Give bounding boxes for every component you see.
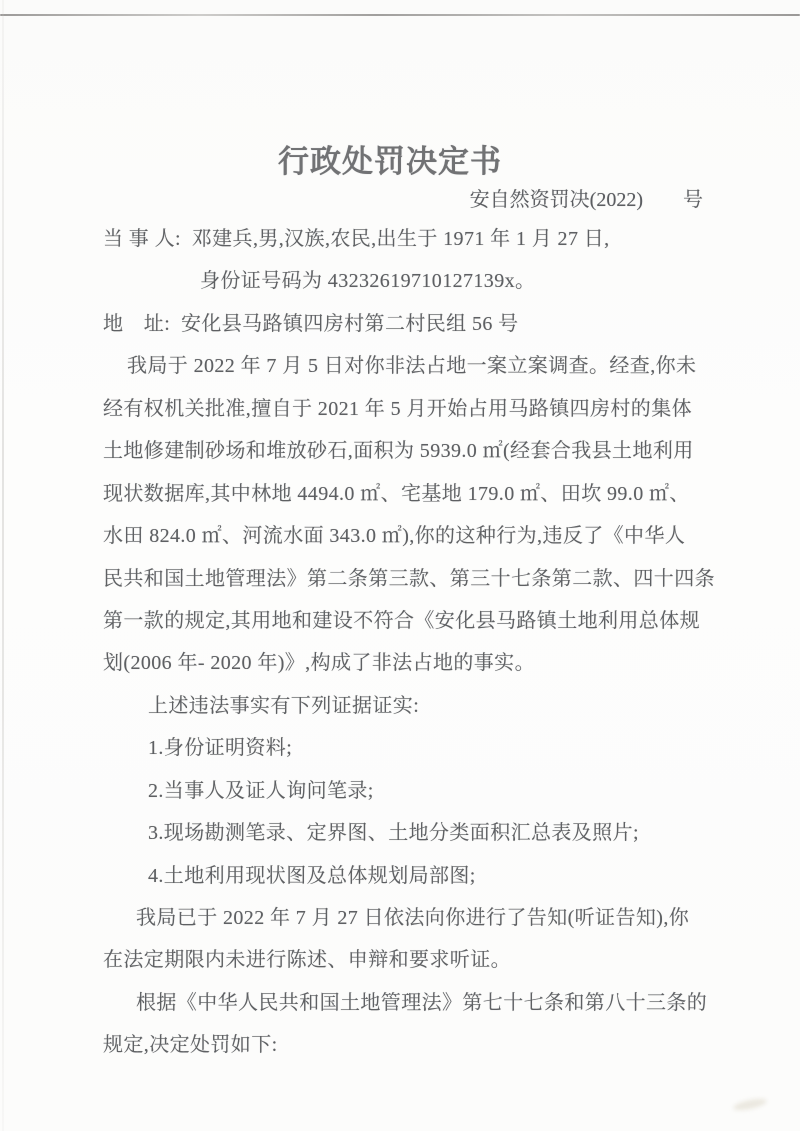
evidence-item-4: 4.土地利用现状图及总体规划局部图; [103, 864, 705, 906]
document-body: 当 事 人: 邓建兵,男,汉族,农民,出生于 1971 年 1 月 27 日, … [103, 227, 705, 1076]
party-line: 当 事 人: 邓建兵,男,汉族,农民,出生于 1971 年 1 月 27 日, [103, 227, 705, 269]
body-line: 现状数据库,其中林地 4494.0 ㎡、宅基地 179.0 ㎡、田坎 99.0 … [103, 482, 705, 524]
body-line: 第一款的规定,其用地和建设不符合《安化县马路镇土地利用总体规 [103, 609, 705, 651]
body-line: 民共和国土地管理法》第二条第三款、第三十七条第二款、四十四条 [103, 567, 705, 609]
document-title: 行政处罚决定书 [0, 136, 780, 181]
id-number-line: 身份证号码为 43232619710127139x。 [103, 269, 705, 311]
body-line: 土地修建制砂场和堆放砂石,面积为 5939.0 ㎡(经套合我县土地利用 [103, 439, 705, 481]
evidence-item-1: 1.身份证明资料; [103, 736, 705, 778]
body-line: 我局已于 2022 年 7 月 27 日依法向你进行了告知(听证告知),你 [103, 906, 705, 948]
document-number: 安自然资罚决(2022) 号 [470, 183, 703, 212]
decision-intro-line: 规定,决定处罚如下: [103, 1033, 705, 1075]
address-line: 地 址: 安化县马路镇四房村第二村民组 56 号 [103, 312, 705, 354]
body-line: 在法定期限内未进行陈述、申辩和要求听证。 [103, 948, 705, 990]
evidence-item-2: 2.当事人及证人询问笔录; [103, 779, 705, 821]
body-line: 根据《中华人民共和国土地管理法》第七十七条和第八十三条的 [103, 991, 705, 1033]
evidence-item-3: 3.现场勘测笔录、定界图、土地分类面积汇总表及照片; [103, 821, 705, 863]
evidence-intro-line: 上述违法事实有下列证据证实: [103, 694, 705, 736]
scan-artifact-smudge [732, 1097, 767, 1113]
body-line: 水田 824.0 ㎡、河流水面 343.0 ㎡),你的这种行为,违反了《中华人 [103, 524, 705, 566]
body-line: 划(2006 年- 2020 年)》,构成了非法占地的事实。 [103, 651, 705, 693]
scanned-document-page: 行政处罚决定书 安自然资罚决(2022) 号 当 事 人: 邓建兵,男,汉族,农… [0, 0, 800, 1131]
body-line: 我局于 2022 年 7 月 5 日对你非法占地一案立案调查。经查,你未 [103, 354, 705, 396]
body-line: 经有权机关批准,擅自于 2021 年 5 月开始占用马路镇四房村的集体 [103, 397, 705, 439]
scan-artifact-top-line [0, 14, 800, 16]
